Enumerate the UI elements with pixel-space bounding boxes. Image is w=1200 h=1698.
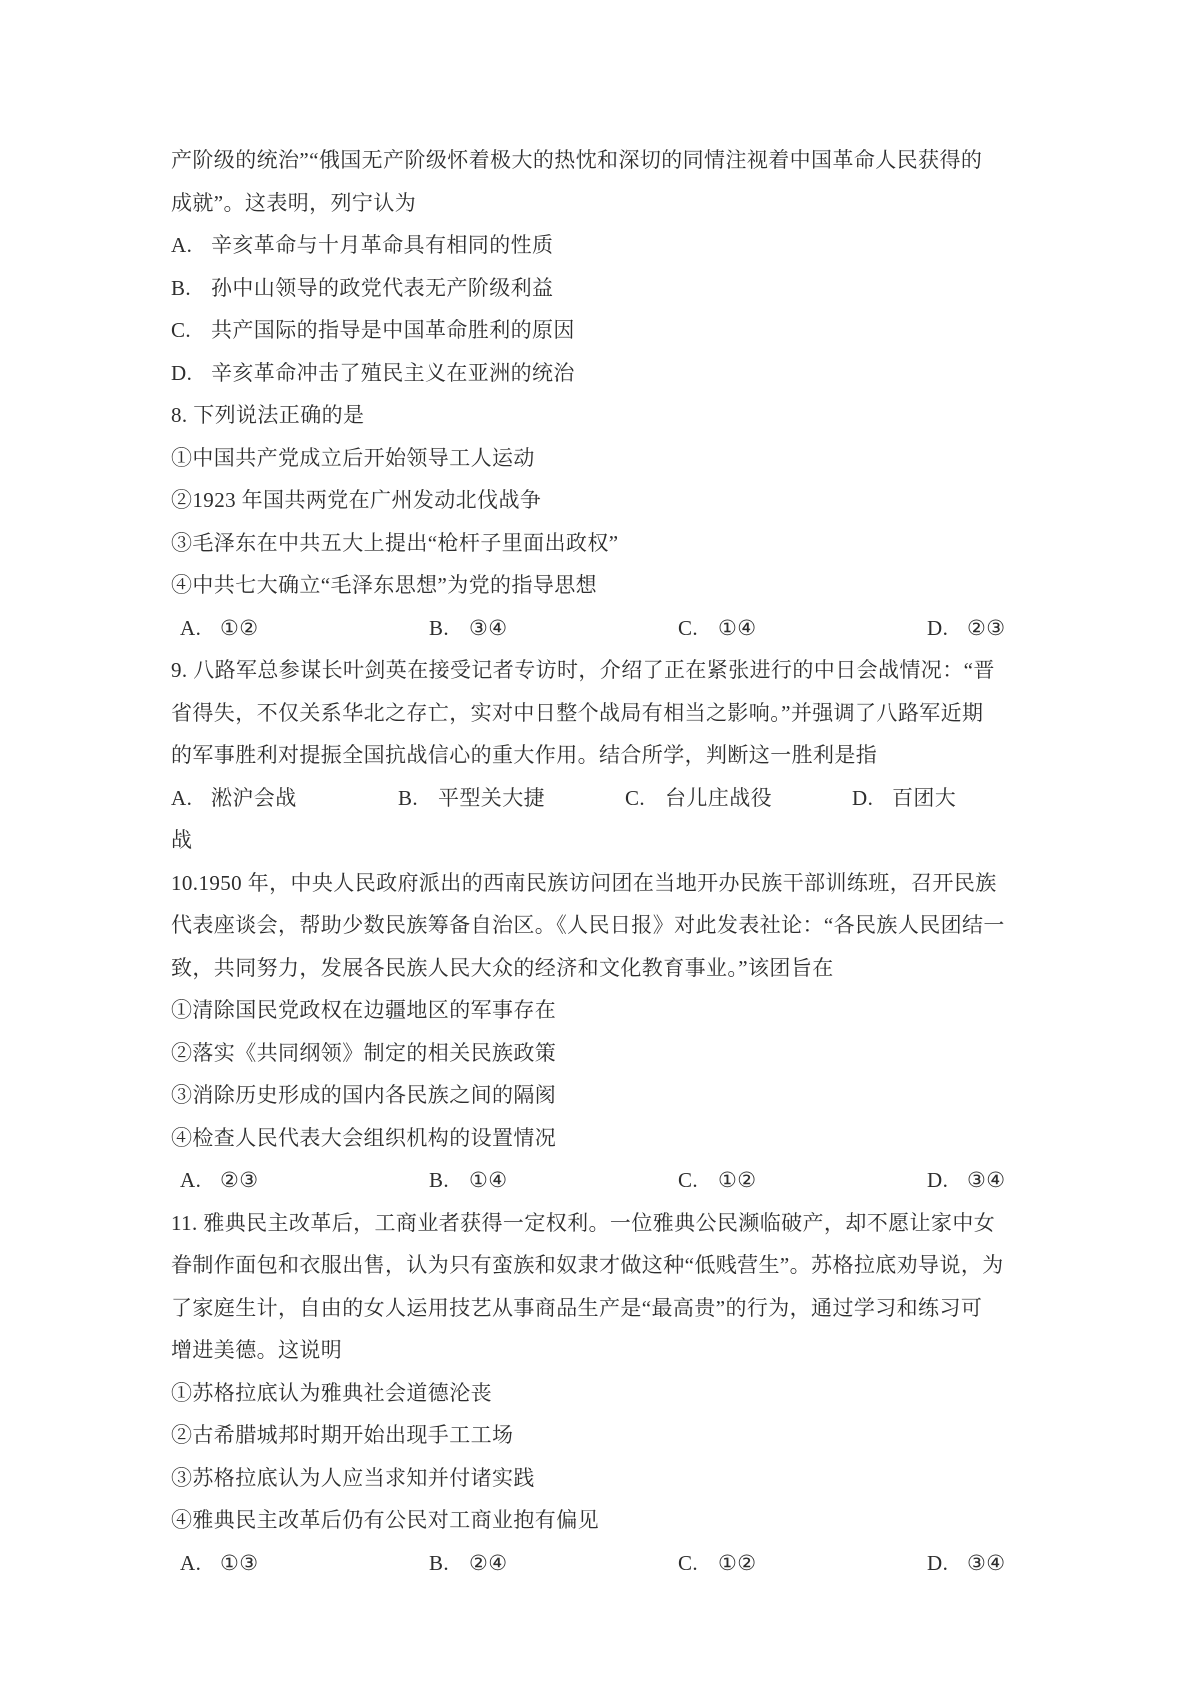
q11-option-d: D.③④ bbox=[927, 1542, 1005, 1585]
option-text: 孙中山领导的政党代表无产阶级利益 bbox=[211, 276, 553, 300]
option-text: ①② bbox=[718, 1168, 756, 1192]
q11-option-c: C.①② bbox=[678, 1542, 927, 1585]
q8-option-d: D.②③ bbox=[927, 607, 1005, 650]
option-label: B. bbox=[429, 1542, 469, 1585]
q11-stem-line-1: 11. 雅典民主改革后，工商业者获得一定权利。一位雅典公民濒临破产，却不愿让家中… bbox=[171, 1202, 1017, 1245]
option-text: ①③ bbox=[220, 1551, 258, 1575]
option-label: C. bbox=[678, 1159, 718, 1202]
q10-option-d: D.③④ bbox=[927, 1159, 1005, 1202]
option-label: C. bbox=[678, 1542, 718, 1585]
q9-stem-line-2: 省得失，不仅关系华北之存亡，实对中日整个战局有相当之影响。”并强调了八路军近期 bbox=[171, 692, 1017, 735]
option-text: 台儿庄战役 bbox=[665, 786, 772, 810]
q10-stem-line-1: 10.1950 年，中央人民政府派出的西南民族访问团在当地开办民族干部训练班，召… bbox=[171, 862, 1017, 905]
q8-statement-4: ④中共七大确立“毛泽东思想”为党的指导思想 bbox=[171, 564, 1017, 607]
q9-option-a: A.淞沪会战 bbox=[171, 777, 398, 820]
option-label: D. bbox=[927, 1542, 967, 1585]
q8-statement-3: ③毛泽东在中共五大上提出“枪杆子里面出政权” bbox=[171, 522, 1017, 565]
q10-options-row: A.②③ B.①④ C.①② D.③④ bbox=[171, 1159, 1017, 1202]
option-text: 共产国际的指导是中国革命胜利的原因 bbox=[211, 318, 575, 342]
q10-statement-3: ③消除历史形成的国内各民族之间的隔阂 bbox=[171, 1074, 1017, 1117]
q10-statement-4: ④检查人民代表大会组织机构的设置情况 bbox=[171, 1117, 1017, 1160]
option-text: ②③ bbox=[220, 1168, 258, 1192]
option-label: A. bbox=[180, 1542, 220, 1585]
option-label: B. bbox=[398, 777, 438, 820]
q9-stem-line-3: 的军事胜利对提振全国抗战信心的重大作用。结合所学，判断这一胜利是指 bbox=[171, 734, 1017, 777]
q8-statement-1: ①中国共产党成立后开始领导工人运动 bbox=[171, 437, 1017, 480]
option-text: 百团大 bbox=[892, 786, 956, 810]
q8-options-row: A.①② B.③④ C.①④ D.②③ bbox=[171, 607, 1017, 650]
q10-stem-line-3: 致，共同努力，发展各民族人民大众的经济和文化教育事业。”该团旨在 bbox=[171, 947, 1017, 990]
q11-statement-2: ②古希腊城邦时期开始出现手工工场 bbox=[171, 1414, 1017, 1457]
option-label: D. bbox=[927, 1159, 967, 1202]
option-text: 辛亥革命冲击了殖民主义在亚洲的统治 bbox=[211, 361, 575, 385]
option-label: B. bbox=[429, 607, 469, 650]
option-label: B. bbox=[429, 1159, 469, 1202]
option-label: A. bbox=[180, 1159, 220, 1202]
option-text: 平型关大捷 bbox=[438, 786, 545, 810]
q9-option-c: C.台儿庄战役 bbox=[625, 777, 852, 820]
q7-stem-line-1: 产阶级的统治”“俄国无产阶级怀着极大的热忱和深切的同情注视着中国革命人民获得的 bbox=[171, 139, 1017, 182]
option-label: D. bbox=[171, 352, 211, 395]
option-label: B. bbox=[171, 267, 211, 310]
option-label: A. bbox=[180, 607, 220, 650]
q9-option-d-wrap: 战 bbox=[171, 819, 1017, 862]
option-label: A. bbox=[171, 777, 211, 820]
q11-stem-line-3: 了家庭生计，自由的女人运用技艺从事商品生产是“最高贵”的行为，通过学习和练习可 bbox=[171, 1287, 1017, 1330]
q10-option-a: A.②③ bbox=[180, 1159, 429, 1202]
q8-option-b: B.③④ bbox=[429, 607, 678, 650]
q9-option-d: D.百团大 bbox=[852, 777, 956, 820]
option-text: ②③ bbox=[967, 616, 1005, 640]
option-text: ①④ bbox=[718, 616, 756, 640]
q10-statement-1: ①清除国民党政权在边疆地区的军事存在 bbox=[171, 989, 1017, 1032]
option-label: A. bbox=[171, 224, 211, 267]
q10-stem-line-2: 代表座谈会，帮助少数民族筹备自治区。《人民日报》对此发表社论：“各民族人民团结一 bbox=[171, 904, 1017, 947]
option-text: 辛亥革命与十月革命具有相同的性质 bbox=[211, 233, 553, 257]
exam-text-column: 产阶级的统治”“俄国无产阶级怀着极大的热忱和深切的同情注视着中国革命人民获得的 … bbox=[171, 139, 1017, 1584]
q9-stem-line-1: 9. 八路军总参谋长叶剑英在接受记者专访时，介绍了正在紧张进行的中日会战情况：“… bbox=[171, 649, 1017, 692]
q8-statement-2: ②1923 年国共两党在广州发动北伐战争 bbox=[171, 479, 1017, 522]
option-text: ③④ bbox=[967, 1168, 1005, 1192]
q7-option-d: D.辛亥革命冲击了殖民主义在亚洲的统治 bbox=[171, 352, 1017, 395]
q9-option-b: B.平型关大捷 bbox=[398, 777, 625, 820]
exam-page: 产阶级的统治”“俄国无产阶级怀着极大的热忱和深切的同情注视着中国革命人民获得的 … bbox=[0, 0, 1200, 1698]
q7-option-a: A.辛亥革命与十月革命具有相同的性质 bbox=[171, 224, 1017, 267]
option-label: D. bbox=[927, 607, 967, 650]
option-text: ①② bbox=[220, 616, 258, 640]
q8-stem: 8. 下列说法正确的是 bbox=[171, 394, 1017, 437]
q11-statement-1: ①苏格拉底认为雅典社会道德沦丧 bbox=[171, 1372, 1017, 1415]
option-label: D. bbox=[852, 777, 892, 820]
option-text: ③④ bbox=[469, 616, 507, 640]
option-text: ①② bbox=[718, 1551, 756, 1575]
q7-stem-line-2: 成就”。这表明，列宁认为 bbox=[171, 182, 1017, 225]
q10-option-c: C.①② bbox=[678, 1159, 927, 1202]
q11-statement-4: ④雅典民主改革后仍有公民对工商业抱有偏见 bbox=[171, 1499, 1017, 1542]
q9-options-row: A.淞沪会战 B.平型关大捷 C.台儿庄战役 D.百团大 bbox=[171, 777, 1017, 820]
option-text: ②④ bbox=[469, 1551, 507, 1575]
q11-stem-line-4: 增进美德。这说明 bbox=[171, 1329, 1017, 1372]
q10-statement-2: ②落实《共同纲领》制定的相关民族政策 bbox=[171, 1032, 1017, 1075]
q7-option-b: B.孙中山领导的政党代表无产阶级利益 bbox=[171, 267, 1017, 310]
q11-option-b: B.②④ bbox=[429, 1542, 678, 1585]
q11-options-row: A.①③ B.②④ C.①② D.③④ bbox=[171, 1542, 1017, 1585]
q7-option-c: C.共产国际的指导是中国革命胜利的原因 bbox=[171, 309, 1017, 352]
option-text: 淞沪会战 bbox=[211, 786, 297, 810]
q11-statement-3: ③苏格拉底认为人应当求知并付诸实践 bbox=[171, 1457, 1017, 1500]
q11-option-a: A.①③ bbox=[180, 1542, 429, 1585]
option-label: C. bbox=[625, 777, 665, 820]
option-text: ①④ bbox=[469, 1168, 507, 1192]
q8-option-c: C.①④ bbox=[678, 607, 927, 650]
q10-option-b: B.①④ bbox=[429, 1159, 678, 1202]
q8-option-a: A.①② bbox=[180, 607, 429, 650]
option-label: C. bbox=[171, 309, 211, 352]
option-label: C. bbox=[678, 607, 718, 650]
q11-stem-line-2: 眷制作面包和衣服出售，认为只有蛮族和奴隶才做这种“低贱营生”。苏格拉底劝导说，为 bbox=[171, 1244, 1017, 1287]
option-text: ③④ bbox=[967, 1551, 1005, 1575]
